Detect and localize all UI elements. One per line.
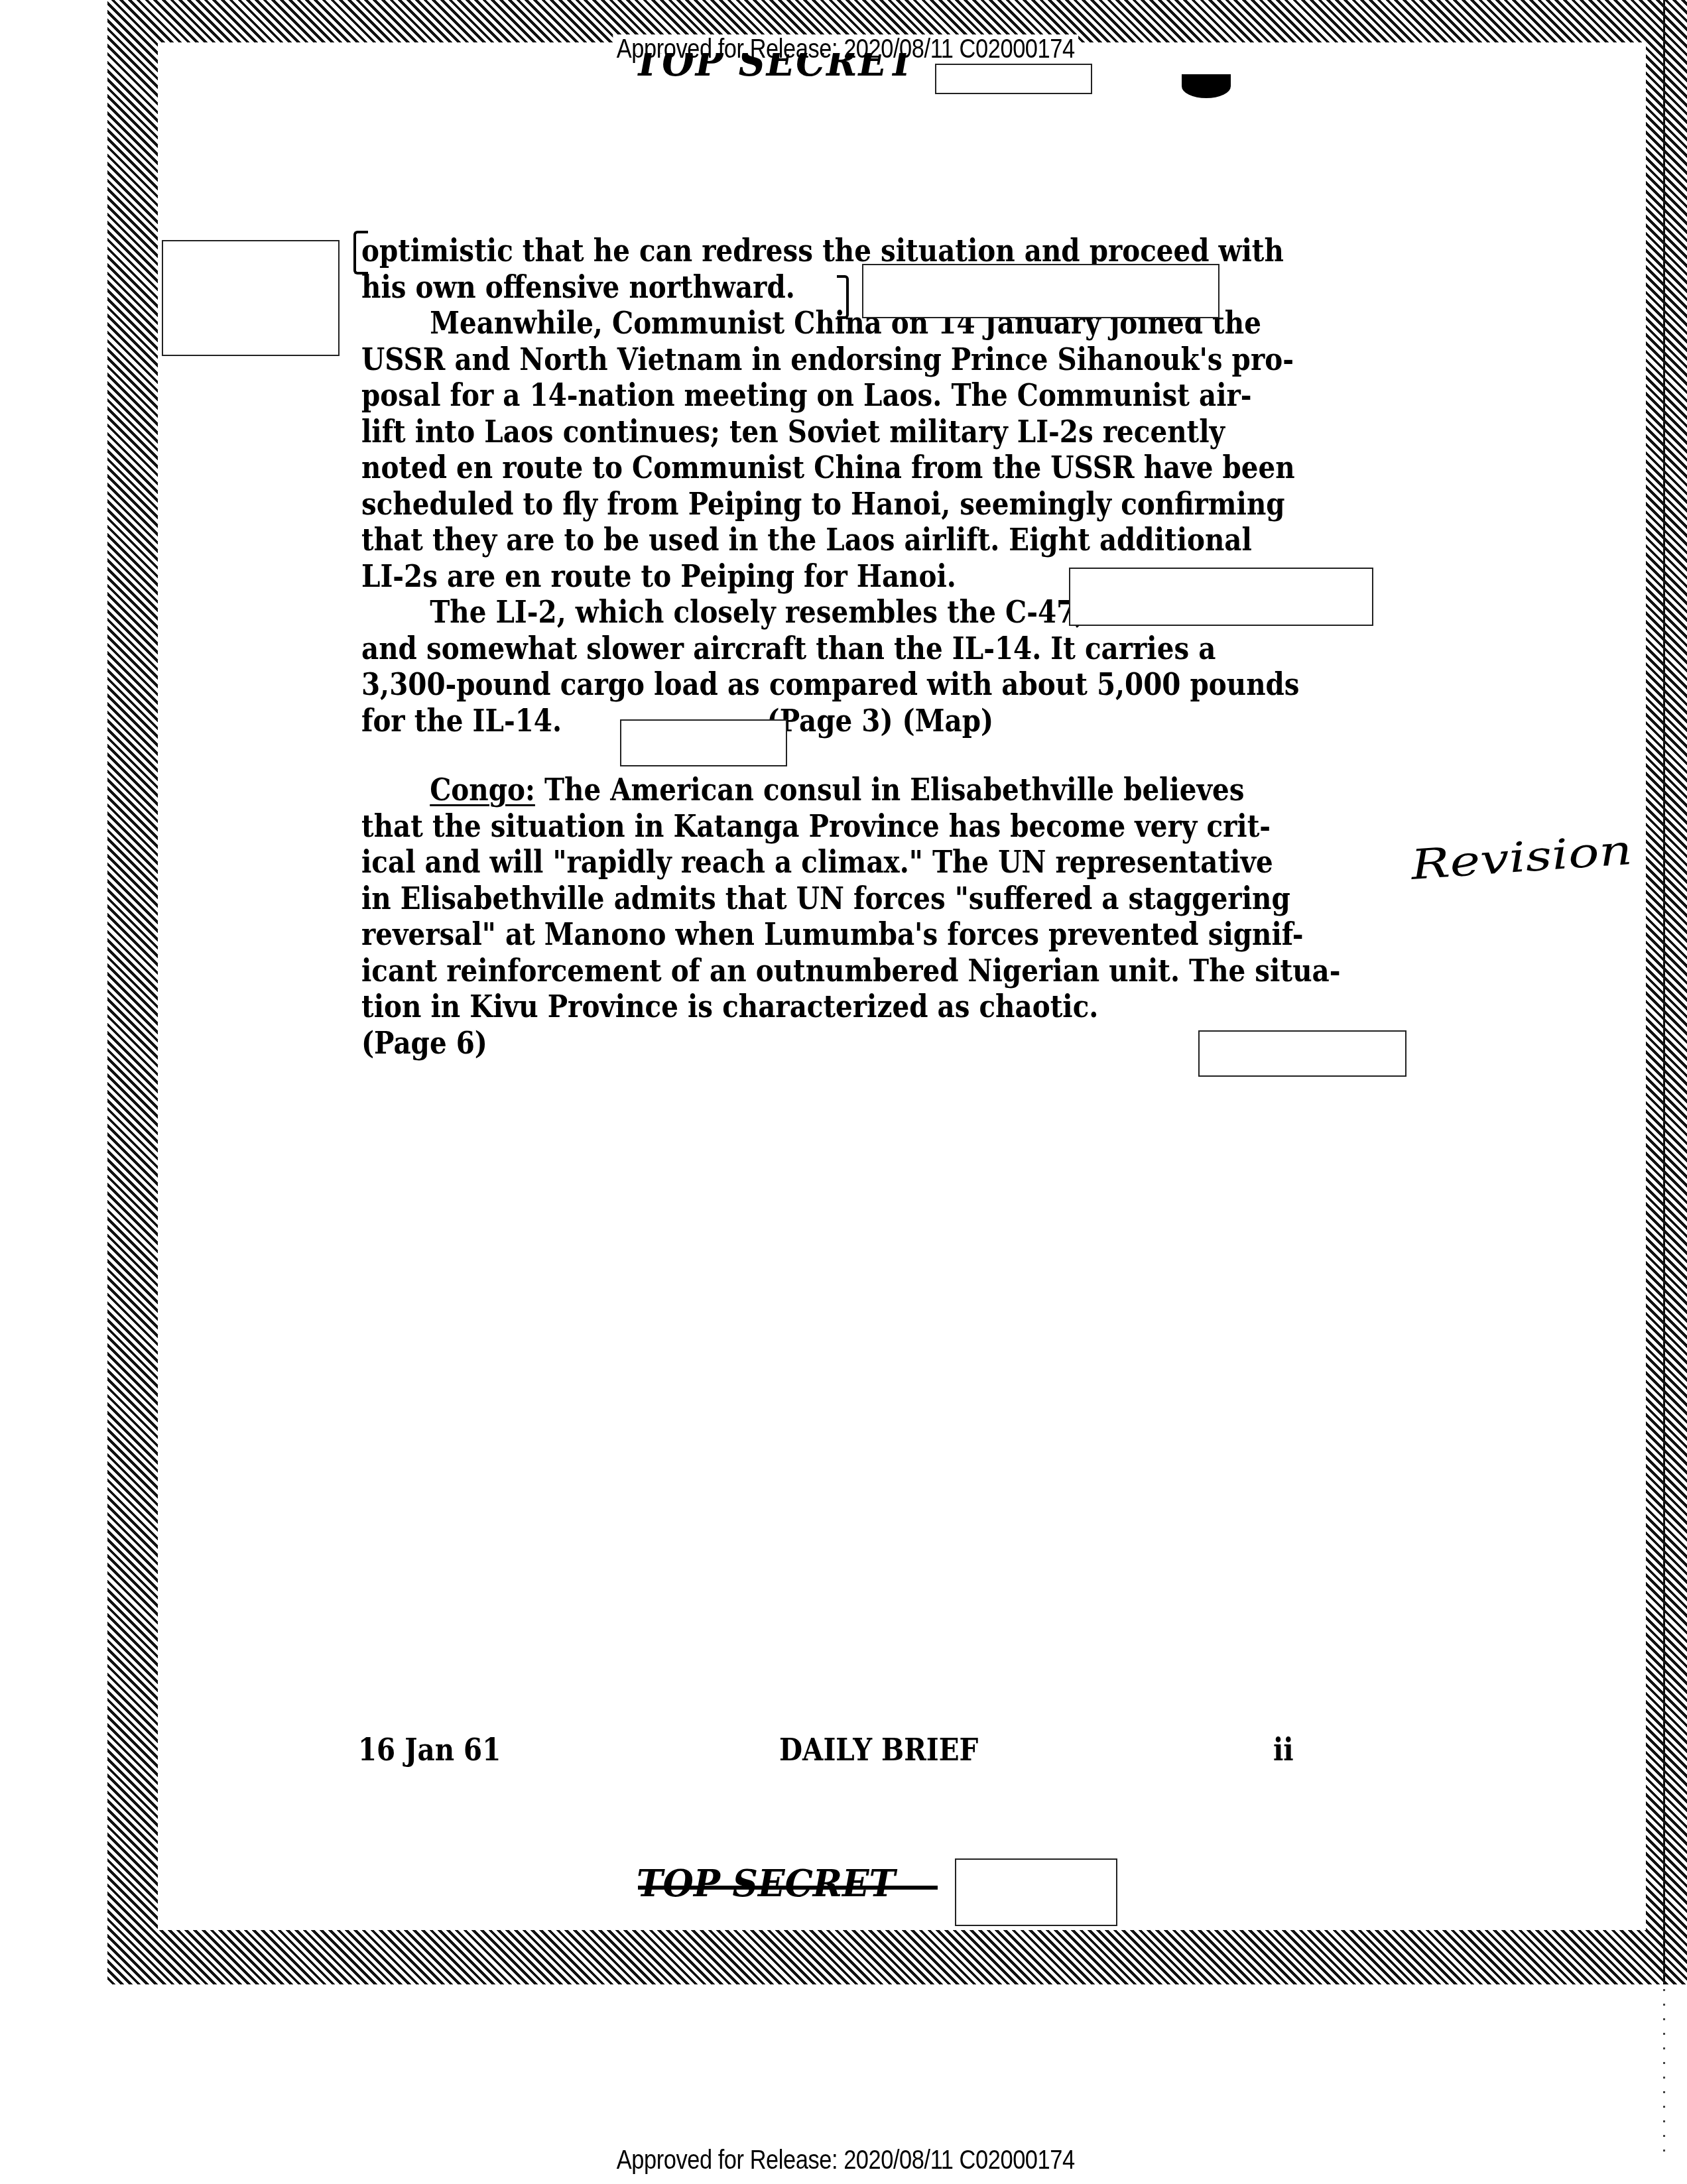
text-line: lift into Laos continues; ten Soviet mil… bbox=[361, 414, 1320, 451]
redaction-box-3 bbox=[620, 719, 787, 766]
text-line: ical and will "rapidly reach a climax." … bbox=[361, 845, 1320, 881]
scan-edge-dots bbox=[1663, 1989, 1665, 2155]
text-line: tion in Kivu Province is characterized a… bbox=[361, 989, 1320, 1026]
redaction-box-2 bbox=[1069, 568, 1373, 626]
classification-strikethrough bbox=[638, 1886, 938, 1890]
scan-edge-line bbox=[1663, 0, 1665, 1984]
text-line: and somewhat slower aircraft than the IL… bbox=[361, 631, 1320, 668]
text-line: icant reinforcement of an outnumbered Ni… bbox=[361, 953, 1320, 990]
footer-title: DAILY BRIEF bbox=[779, 1732, 978, 1768]
release-stamp-footer: Approved for Release: 2020/08/11 C020001… bbox=[120, 2146, 1571, 2175]
text-line: scheduled to fly from Peiping to Hanoi, … bbox=[361, 487, 1320, 523]
text-line: USSR and North Vietnam in endorsing Prin… bbox=[361, 342, 1320, 379]
document-body: optimistic that he can redress the situa… bbox=[361, 233, 1475, 1062]
page-reference: (Page 3) (Map) bbox=[767, 703, 993, 739]
text-line: reversal" at Manono when Lumumba's force… bbox=[361, 917, 1320, 953]
redaction-box-header bbox=[935, 64, 1092, 94]
text-fragment: The American consul in Elisabethville be… bbox=[535, 772, 1245, 808]
text-line: for the IL-14.(Page 3) (Map) bbox=[361, 703, 1320, 740]
text-fragment: for the IL-14. bbox=[361, 703, 562, 739]
redaction-box-margin bbox=[162, 240, 340, 356]
redaction-box-footer bbox=[955, 1858, 1117, 1926]
section-heading-congo: Congo: bbox=[430, 772, 535, 808]
ink-blot bbox=[1182, 74, 1231, 98]
text-line: that the situation in Katanga Province h… bbox=[361, 809, 1320, 845]
text-line: that they are to be used in the Laos air… bbox=[361, 522, 1320, 559]
footer-page-number: ii bbox=[1273, 1732, 1294, 1768]
text-line: noted en route to Communist China from t… bbox=[361, 450, 1320, 487]
classification-footer: TOP SECRET bbox=[637, 1862, 895, 1906]
redaction-box-4 bbox=[1198, 1030, 1406, 1077]
redaction-box-1 bbox=[862, 264, 1219, 318]
text-line: posal for a 14-nation meeting on Laos. T… bbox=[361, 378, 1320, 414]
text-line: in Elisabethville admits that UN forces … bbox=[361, 881, 1320, 918]
classification-header: TOP SECRET bbox=[633, 53, 916, 90]
page-reference: (Page 6) bbox=[361, 1026, 1320, 1062]
paragraph-start: Congo: The American consul in Elisabethv… bbox=[361, 772, 1320, 809]
footer-date: 16 Jan 61 bbox=[358, 1732, 501, 1768]
text-line: 3,300-pound cargo load as compared with … bbox=[361, 667, 1320, 703]
